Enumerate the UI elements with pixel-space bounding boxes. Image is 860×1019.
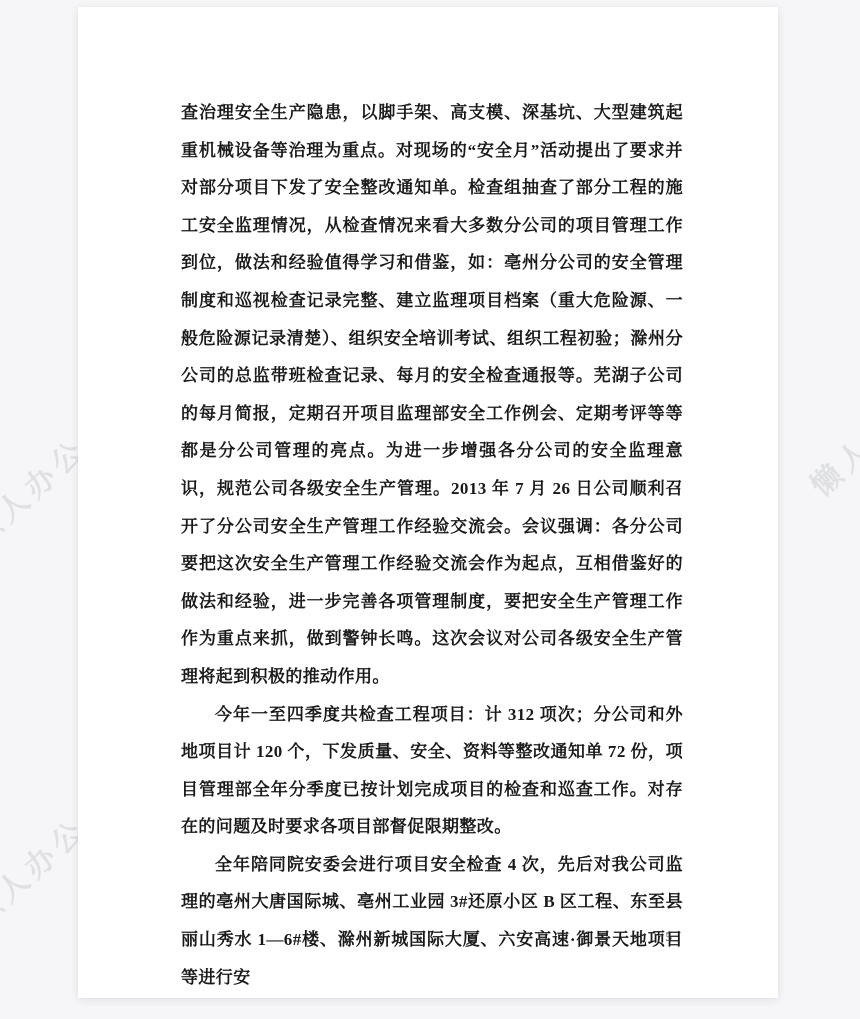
- paragraph: 查治理安全生产隐患，以脚手架、高支模、深基坑、大型建筑起重机械设备等治理为重点。…: [181, 94, 683, 696]
- document-body: 查治理安全生产隐患，以脚手架、高支模、深基坑、大型建筑起重机械设备等治理为重点。…: [181, 94, 683, 996]
- app-background: 懒人办公 懒人办公 懒人办公 查治理安全生产隐患，以脚手架、高支模、深基坑、大型…: [0, 0, 860, 1019]
- paragraph: 全年陪同院安委会进行项目安全检查 4 次，先后对我公司监理的亳州大唐国际城、亳州…: [181, 846, 683, 996]
- paragraph: 今年一至四季度共检查工程项目：计 312 项次；分公司和外地项目计 120 个，…: [181, 696, 683, 846]
- document-page: 查治理安全生产隐患，以脚手架、高支模、深基坑、大型建筑起重机械设备等治理为重点。…: [78, 7, 778, 998]
- page-number: 5: [666, 929, 673, 945]
- watermark-text: 懒人办公: [799, 376, 860, 505]
